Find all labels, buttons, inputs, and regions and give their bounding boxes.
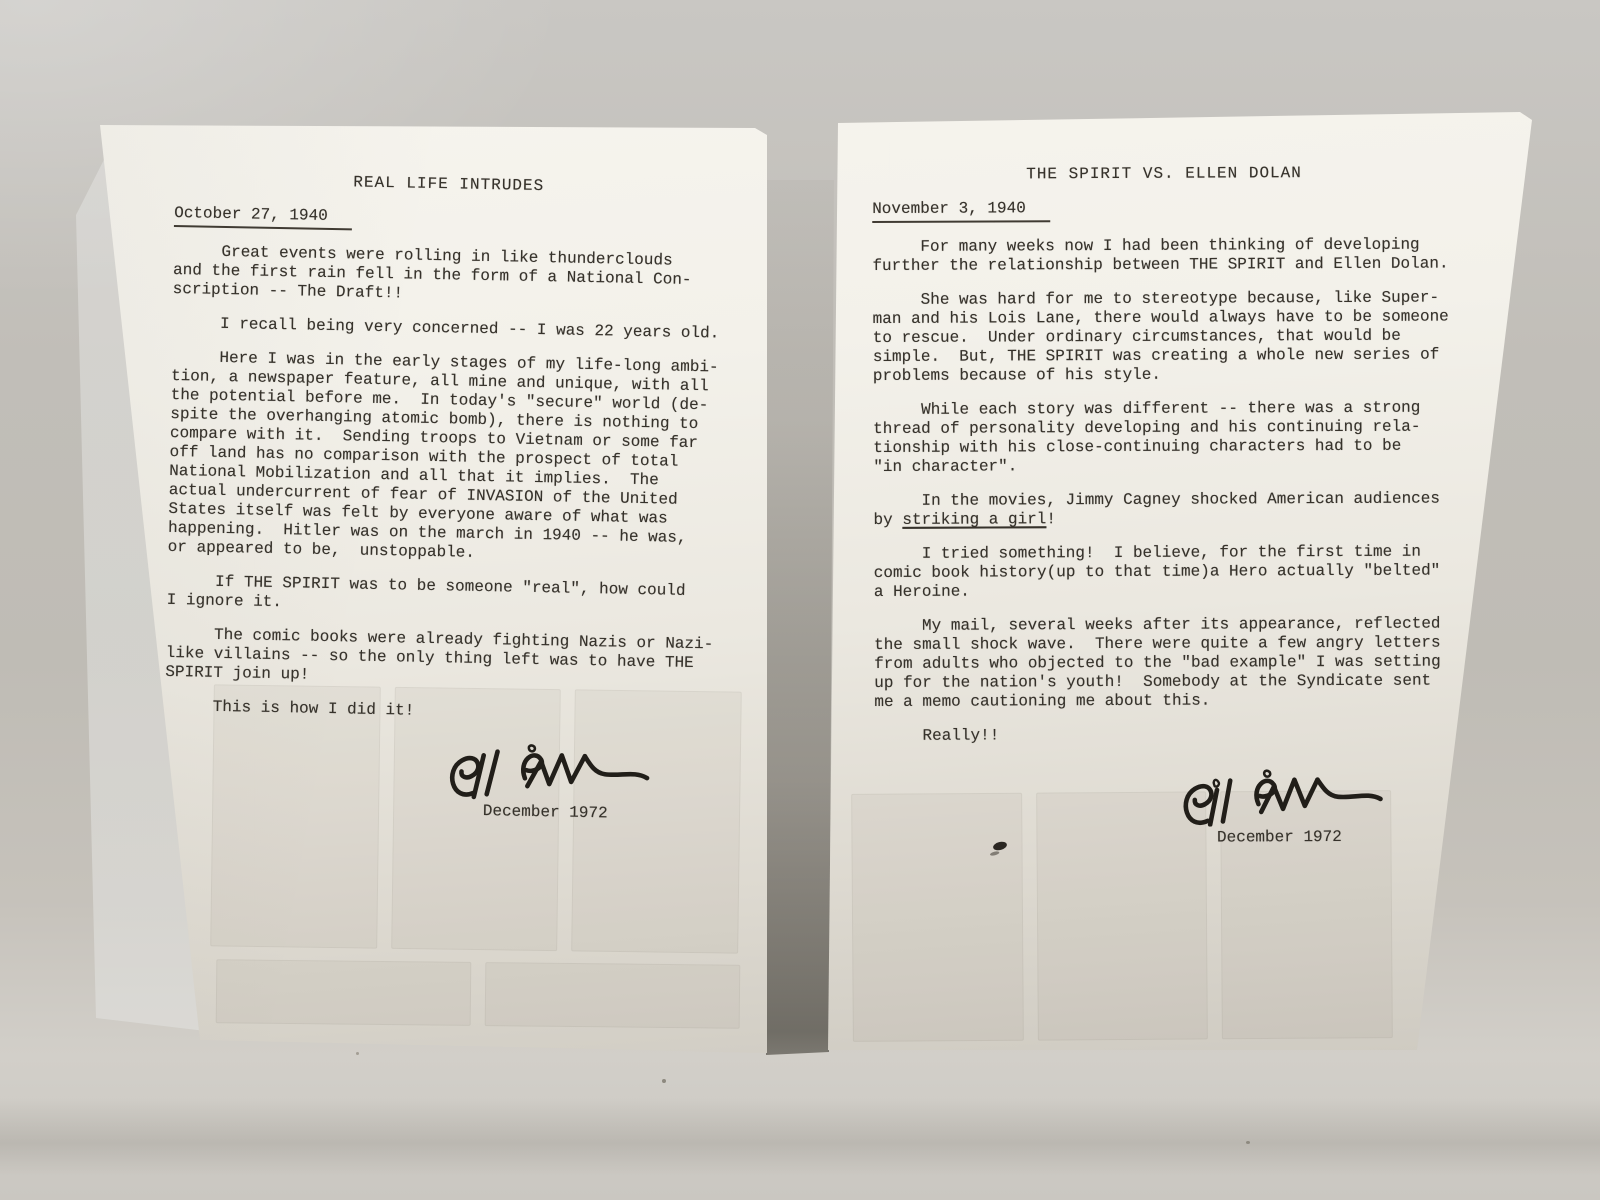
left-letter-title: REAL LIFE INTRUDES [175, 170, 723, 200]
right-letter-dateline-row: November 3, 1940 [872, 197, 1456, 223]
left-letter-date: October 27, 1940 [174, 204, 352, 230]
left-letter-paragraph: Great events were rolling in like thunde… [173, 242, 722, 310]
right-letter-title: THE SPIRIT VS. ELLEN DOLAN [872, 163, 1456, 185]
right-letter-paragraph: My mail, several weeks after its appeara… [874, 614, 1458, 712]
left-letter-paragraph: The comic books were already fighting Na… [165, 625, 714, 693]
right-letter-paragraph: Really!! [874, 724, 1458, 746]
will-eisner-signature [438, 737, 654, 803]
right-letter-signature-block: December 1972 [1162, 764, 1397, 848]
left-letter-paragraph: This is how I did it! [165, 697, 713, 727]
left-letter-signature-date: December 1972 [483, 802, 608, 823]
showthrough-panel [485, 962, 741, 1029]
dust-speck [662, 1079, 666, 1083]
right-letter-paragraph-with-underline: In the movies, Jimmy Cagney shocked Amer… [873, 489, 1457, 530]
left-letter-dateline-row: October 27, 1940 [174, 204, 722, 238]
left-letter-paragraph: If THE SPIRIT was to be someone "real", … [167, 572, 716, 621]
left-letter-text: REAL LIFE INTRUDES October 27, 1940 Grea… [163, 170, 723, 825]
right-letter-paragraph: I tried something! I believe, for the fi… [874, 542, 1458, 602]
left-letter-comic-panel-showthrough [216, 959, 741, 1028]
dust-speck [356, 1052, 359, 1055]
right-letter-text: THE SPIRIT VS. ELLEN DOLAN November 3, 1… [872, 163, 1459, 849]
right-letter-signature-date: December 1972 [1217, 828, 1342, 848]
dust-speck [1246, 1141, 1250, 1144]
underlined-phrase: striking a girl [902, 510, 1046, 529]
right-letter-paragraph: She was hard for me to stereotype becaus… [873, 288, 1457, 386]
showthrough-panel [216, 959, 472, 1026]
left-letter-paragraph: Here I was in the early stages of my lif… [168, 348, 720, 567]
paragraph-text: ! [1046, 510, 1056, 528]
right-letter-paragraph: While each story was different -- there … [873, 398, 1457, 477]
will-eisner-signature [1172, 764, 1387, 827]
right-letter-paragraph: For many weeks now I had been thinking o… [872, 235, 1456, 276]
left-letter-signature-block: December 1972 [428, 737, 665, 824]
surface-seam-shadow [0, 1098, 1600, 1176]
left-letter-paragraph: I recall being very concerned -- I was 2… [172, 314, 720, 344]
right-letter-date: November 3, 1940 [872, 199, 1050, 223]
photo-of-two-letters: { "colors": { "wall": "#c1beb8", "paper"… [0, 0, 1600, 1200]
